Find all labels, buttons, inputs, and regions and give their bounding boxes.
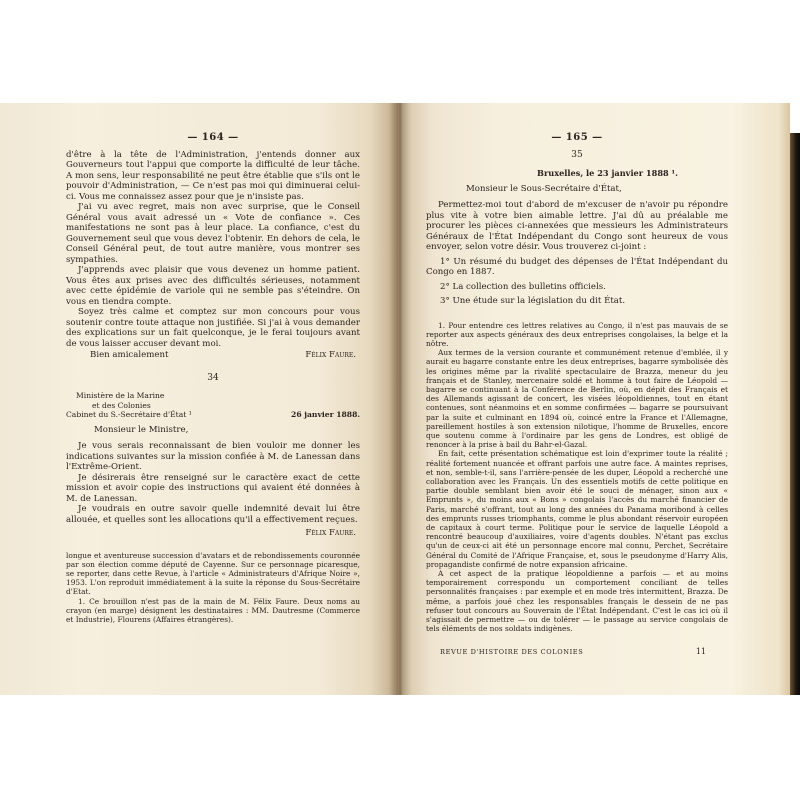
paragraph: Permettez-moi tout d'abord de m'excuser … — [426, 200, 728, 253]
page-number-164: — 164 — — [66, 133, 360, 144]
letter-signoff: Bien amicalement Félix Faure. — [66, 350, 360, 361]
paragraph: d'être à la tête de l'Administration, j'… — [66, 150, 360, 203]
cabinet-line: Cabinet du S.-Secrétaire d'État ¹ — [66, 410, 192, 420]
ministry-line: et des Colonies — [66, 401, 360, 411]
footnote-continuation: longue et aventureuse succession d'avata… — [66, 551, 360, 597]
cabinet-date-row: Cabinet du S.-Secrétaire d'État ¹ 26 jan… — [66, 410, 360, 420]
footnote: A cet aspect de la pratique léopoldienne… — [426, 569, 728, 633]
paragraph: Soyez très calme et comptez sur mon conc… — [66, 307, 360, 349]
enclosure-item: 1° Un résumé du budget des dépenses de l… — [426, 257, 728, 278]
footnotes: longue et aventureuse succession d'avata… — [66, 551, 360, 625]
paragraph: J'ai vu avec regret, mais non avec surpr… — [66, 202, 360, 265]
ministry-line: Ministère de la Marine — [66, 391, 360, 401]
book-cover-edge — [790, 133, 800, 695]
paragraph: Je désirerais être renseigné sur le cara… — [66, 473, 360, 505]
signature: Félix Faure. — [305, 350, 360, 361]
signature: Félix Faure. — [66, 528, 360, 539]
paragraph: Je voudrais en outre savoir quelle indem… — [66, 504, 360, 525]
paragraph: Je vous serais reconnaissant de bien vou… — [66, 441, 360, 473]
footnote: Aux termes de la version courante et com… — [426, 348, 728, 449]
footnote: 1. Pour entendre ces lettres relatives a… — [426, 321, 728, 349]
closing-text: Bien amicalement — [90, 350, 168, 361]
journal-title: REVUE D'HISTOIRE DES COLONIES — [440, 647, 583, 658]
left-page-text: — 164 — d'être à la tête de l'Administra… — [66, 133, 360, 624]
paragraph: J'apprends avec plaisir que vous devenez… — [66, 265, 360, 307]
document-number: 34 — [66, 373, 360, 384]
footnote: 1. Ce brouillon n'est pas de la main de … — [66, 597, 360, 625]
running-footer: REVUE D'HISTOIRE DES COLONIES 11 — [426, 647, 728, 658]
footnote: En fait, cette présentation schématique … — [426, 449, 728, 569]
salutation: Monsieur le Ministre, — [66, 425, 360, 436]
enclosure-item: 2° La collection des bulletins officiels… — [426, 282, 728, 293]
left-page: — 164 — d'être à la tête de l'Administra… — [0, 103, 398, 695]
letter-date: 26 janvier 1888. — [291, 410, 360, 420]
salutation: Monsieur le Sous-Secrétaire d'État, — [426, 184, 728, 195]
letter-header: Ministère de la Marine et des Colonies C… — [66, 391, 360, 420]
signature-number: 11 — [696, 647, 706, 658]
open-book: — 164 — d'être à la tête de l'Administra… — [0, 103, 800, 695]
right-page-text: — 165 — 35 Bruxelles, le 23 janvier 1888… — [426, 133, 728, 658]
right-page: — 165 — 35 Bruxelles, le 23 janvier 1888… — [398, 103, 790, 695]
footnotes: 1. Pour entendre ces lettres relatives a… — [426, 321, 728, 634]
document-number: 35 — [426, 150, 728, 161]
enclosure-item: 3° Une étude sur la législation du dit É… — [426, 296, 728, 307]
place-date: Bruxelles, le 23 janvier 1888 ¹. — [426, 168, 728, 179]
page-number-165: — 165 — — [426, 133, 728, 144]
